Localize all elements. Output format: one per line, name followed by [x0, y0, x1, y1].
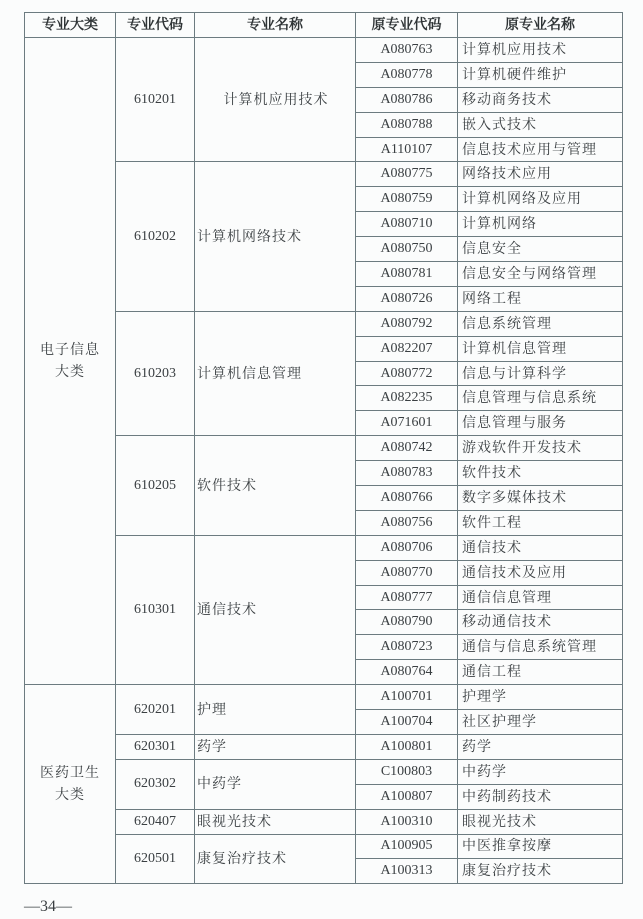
major-code-cell: 610202: [116, 162, 195, 311]
major-name-cell: 通信技术: [195, 535, 356, 684]
original-code-cell: A080783: [356, 461, 458, 486]
major-code-cell: 610301: [116, 535, 195, 684]
original-code-cell: A100310: [356, 809, 458, 834]
original-code-cell: A080775: [356, 162, 458, 187]
original-name-cell: 计算机应用技术: [458, 38, 623, 63]
major-name-cell: 护理: [195, 685, 356, 735]
original-code-cell: A080756: [356, 510, 458, 535]
original-code-cell: A080742: [356, 436, 458, 461]
original-code-cell: A080777: [356, 585, 458, 610]
page-number: —34—: [24, 898, 72, 916]
major-code-cell: 610205: [116, 436, 195, 536]
original-code-cell: A100704: [356, 710, 458, 735]
original-code-cell: A110107: [356, 137, 458, 162]
major-code-cell: 620501: [116, 834, 195, 884]
category-label-line1: 医药卫生: [25, 762, 115, 784]
major-code-cell: 620407: [116, 809, 195, 834]
original-name-cell: 计算机网络及应用: [458, 187, 623, 212]
category-cell: 医药卫生大类: [25, 685, 116, 884]
original-code-cell: A100807: [356, 784, 458, 809]
table-header-row: 专业大类 专业代码 专业名称 原专业代码 原专业名称: [25, 13, 623, 38]
major-code-cell: 620201: [116, 685, 195, 735]
category-label-line1: 电子信息: [25, 339, 115, 361]
original-name-cell: 信息技术应用与管理: [458, 137, 623, 162]
major-code-cell: 610203: [116, 311, 195, 435]
category-label-line2: 大类: [25, 784, 115, 806]
major-name-cell: 软件技术: [195, 436, 356, 536]
original-code-cell: A080772: [356, 361, 458, 386]
original-name-cell: 移动商务技术: [458, 87, 623, 112]
original-name-cell: 移动通信技术: [458, 610, 623, 635]
original-name-cell: 网络工程: [458, 286, 623, 311]
original-name-cell: 信息管理与服务: [458, 411, 623, 436]
original-code-cell: A080781: [356, 262, 458, 287]
original-code-cell: A080778: [356, 62, 458, 87]
original-name-cell: 通信技术: [458, 535, 623, 560]
original-name-cell: 计算机硬件维护: [458, 62, 623, 87]
original-code-cell: A082235: [356, 386, 458, 411]
original-code-cell: A071601: [356, 411, 458, 436]
header-major-code: 专业代码: [116, 13, 195, 38]
header-original-name: 原专业名称: [458, 13, 623, 38]
original-code-cell: A082207: [356, 336, 458, 361]
original-code-cell: A100313: [356, 859, 458, 884]
major-mapping-table: 专业大类 专业代码 专业名称 原专业代码 原专业名称 电子信息大类610201计…: [24, 12, 623, 884]
original-name-cell: 游戏软件开发技术: [458, 436, 623, 461]
category-cell: 电子信息大类: [25, 38, 116, 685]
original-code-cell: A080750: [356, 237, 458, 262]
original-name-cell: 软件工程: [458, 510, 623, 535]
original-name-cell: 网络技术应用: [458, 162, 623, 187]
original-code-cell: A080706: [356, 535, 458, 560]
original-code-cell: A080764: [356, 660, 458, 685]
major-name-cell: 眼视光技术: [195, 809, 356, 834]
original-name-cell: 中医推拿按摩: [458, 834, 623, 859]
original-name-cell: 信息安全: [458, 237, 623, 262]
original-name-cell: 通信技术及应用: [458, 560, 623, 585]
original-name-cell: 嵌入式技术: [458, 112, 623, 137]
major-name-cell: 计算机网络技术: [195, 162, 356, 311]
original-name-cell: 信息安全与网络管理: [458, 262, 623, 287]
original-code-cell: A080723: [356, 635, 458, 660]
original-name-cell: 信息系统管理: [458, 311, 623, 336]
original-code-cell: A080788: [356, 112, 458, 137]
original-name-cell: 康复治疗技术: [458, 859, 623, 884]
original-code-cell: A080790: [356, 610, 458, 635]
original-code-cell: A100801: [356, 734, 458, 759]
original-name-cell: 通信工程: [458, 660, 623, 685]
original-name-cell: 中药制药技术: [458, 784, 623, 809]
original-name-cell: 眼视光技术: [458, 809, 623, 834]
original-name-cell: 信息管理与信息系统: [458, 386, 623, 411]
table-row: 医药卫生大类620201护理A100701护理学: [25, 685, 623, 710]
original-name-cell: 软件技术: [458, 461, 623, 486]
major-name-cell: 康复治疗技术: [195, 834, 356, 884]
major-name-cell: 药学: [195, 734, 356, 759]
original-name-cell: 通信与信息系统管理: [458, 635, 623, 660]
original-code-cell: A080763: [356, 38, 458, 63]
original-code-cell: A100905: [356, 834, 458, 859]
original-code-cell: A080759: [356, 187, 458, 212]
major-code-cell: 610201: [116, 38, 195, 162]
major-name-cell: 中药学: [195, 759, 356, 809]
original-name-cell: 药学: [458, 734, 623, 759]
table-row: 电子信息大类610201计算机应用技术A080763计算机应用技术: [25, 38, 623, 63]
original-name-cell: 通信信息管理: [458, 585, 623, 610]
table-body: 电子信息大类610201计算机应用技术A080763计算机应用技术A080778…: [25, 38, 623, 884]
header-original-code: 原专业代码: [356, 13, 458, 38]
original-name-cell: 信息与计算科学: [458, 361, 623, 386]
original-code-cell: C100803: [356, 759, 458, 784]
original-name-cell: 计算机网络: [458, 212, 623, 237]
original-code-cell: A080726: [356, 286, 458, 311]
original-name-cell: 护理学: [458, 685, 623, 710]
original-code-cell: A100701: [356, 685, 458, 710]
original-name-cell: 社区护理学: [458, 710, 623, 735]
major-name-cell: 计算机信息管理: [195, 311, 356, 435]
header-category: 专业大类: [25, 13, 116, 38]
original-code-cell: A080710: [356, 212, 458, 237]
header-major-name: 专业名称: [195, 13, 356, 38]
category-label-line2: 大类: [25, 361, 115, 383]
original-name-cell: 中药学: [458, 759, 623, 784]
original-code-cell: A080766: [356, 486, 458, 511]
original-name-cell: 数字多媒体技术: [458, 486, 623, 511]
original-code-cell: A080792: [356, 311, 458, 336]
major-name-cell: 计算机应用技术: [195, 38, 356, 162]
original-code-cell: A080786: [356, 87, 458, 112]
major-code-cell: 620301: [116, 734, 195, 759]
major-code-cell: 620302: [116, 759, 195, 809]
original-code-cell: A080770: [356, 560, 458, 585]
original-name-cell: 计算机信息管理: [458, 336, 623, 361]
